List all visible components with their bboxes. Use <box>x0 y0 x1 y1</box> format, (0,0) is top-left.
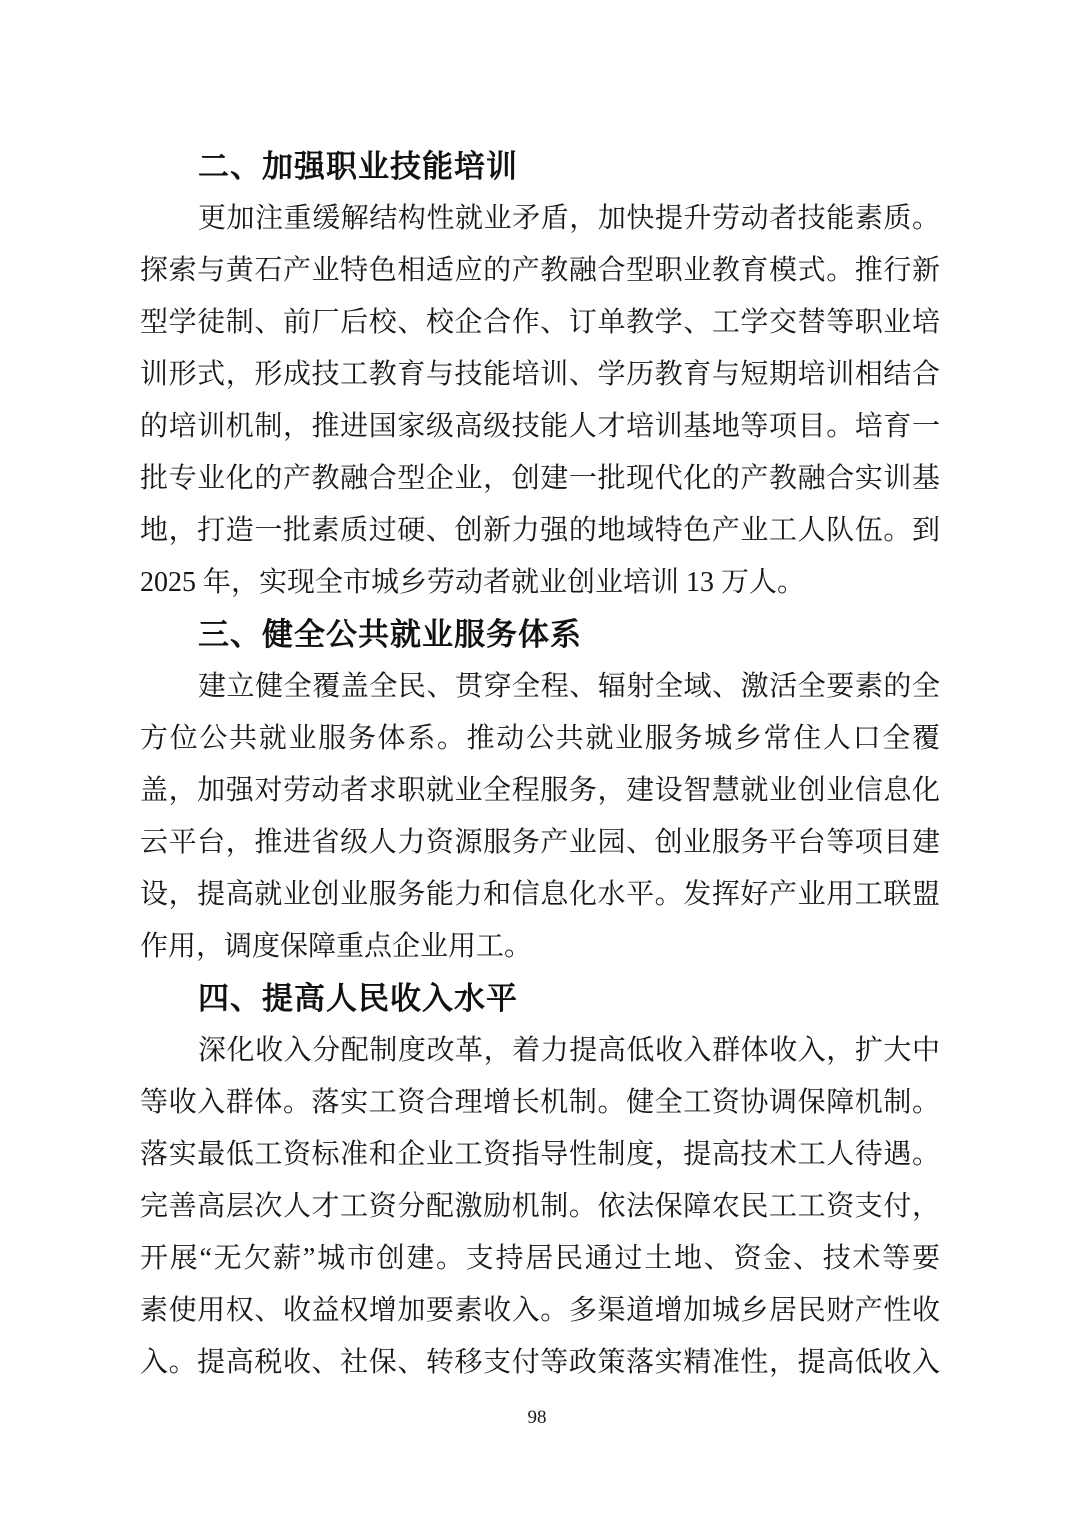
section-heading-3: 三、健全公共就业服务体系 <box>140 609 940 661</box>
body-line: 方位公共就业服务体系。推动公共就业服务城乡常住人口全覆 <box>140 713 940 765</box>
document-body: 二、加强职业技能培训 更加注重缓解结构性就业矛盾，加快提升劳动者技能素质。 探索… <box>140 141 940 1389</box>
body-line: 批专业化的产教融合型企业，创建一批现代化的产教融合实训基 <box>140 453 940 505</box>
body-line: 完善高层次人才工资分配激励机制。依法保障农民工工资支付， <box>140 1181 940 1233</box>
page-number: 98 <box>528 1404 547 1432</box>
body-line: 素使用权、收益权增加要素收入。多渠道增加城乡居民财产性收 <box>140 1285 940 1337</box>
body-line: 型学徒制、前厂后校、校企合作、订单教学、工学交替等职业培 <box>140 297 940 349</box>
body-line: 训形式，形成技工教育与技能培训、学历教育与短期培训相结合 <box>140 349 940 401</box>
document-page: 二、加强职业技能培训 更加注重缓解结构性就业矛盾，加快提升劳动者技能素质。 探索… <box>0 0 1074 1520</box>
body-line: 设，提高就业创业服务能力和信息化水平。发挥好产业用工联盟 <box>140 869 940 921</box>
section-heading-4: 四、提高人民收入水平 <box>140 973 940 1025</box>
body-line: 2025 年，实现全市城乡劳动者就业创业培训 13 万人。 <box>140 557 940 609</box>
body-line: 开展“无欠薪”城市创建。支持居民通过土地、资金、技术等要 <box>140 1233 940 1285</box>
section-heading-2: 二、加强职业技能培训 <box>140 141 940 193</box>
body-line: 探索与黄石产业特色相适应的产教融合型职业教育模式。推行新 <box>140 245 940 297</box>
body-line: 的培训机制，推进国家级高级技能人才培训基地等项目。培育一 <box>140 401 940 453</box>
body-line: 建立健全覆盖全民、贯穿全程、辐射全域、激活全要素的全 <box>140 661 940 713</box>
body-line: 更加注重缓解结构性就业矛盾，加快提升劳动者技能素质。 <box>140 193 940 245</box>
body-line: 深化收入分配制度改革，着力提高低收入群体收入，扩大中 <box>140 1025 940 1077</box>
body-line: 地，打造一批素质过硬、创新力强的地域特色产业工人队伍。到 <box>140 505 940 557</box>
body-line: 入。提高税收、社保、转移支付等政策落实精准性，提高低收入 <box>140 1337 940 1389</box>
body-line: 云平台，推进省级人力资源服务产业园、创业服务平台等项目建 <box>140 817 940 869</box>
body-line: 落实最低工资标准和企业工资指导性制度，提高技术工人待遇。 <box>140 1129 940 1181</box>
body-line: 等收入群体。落实工资合理增长机制。健全工资协调保障机制。 <box>140 1077 940 1129</box>
page-footer: 98 <box>0 1404 1074 1432</box>
body-line: 作用，调度保障重点企业用工。 <box>140 921 940 973</box>
body-line: 盖，加强对劳动者求职就业全程服务，建设智慧就业创业信息化 <box>140 765 940 817</box>
